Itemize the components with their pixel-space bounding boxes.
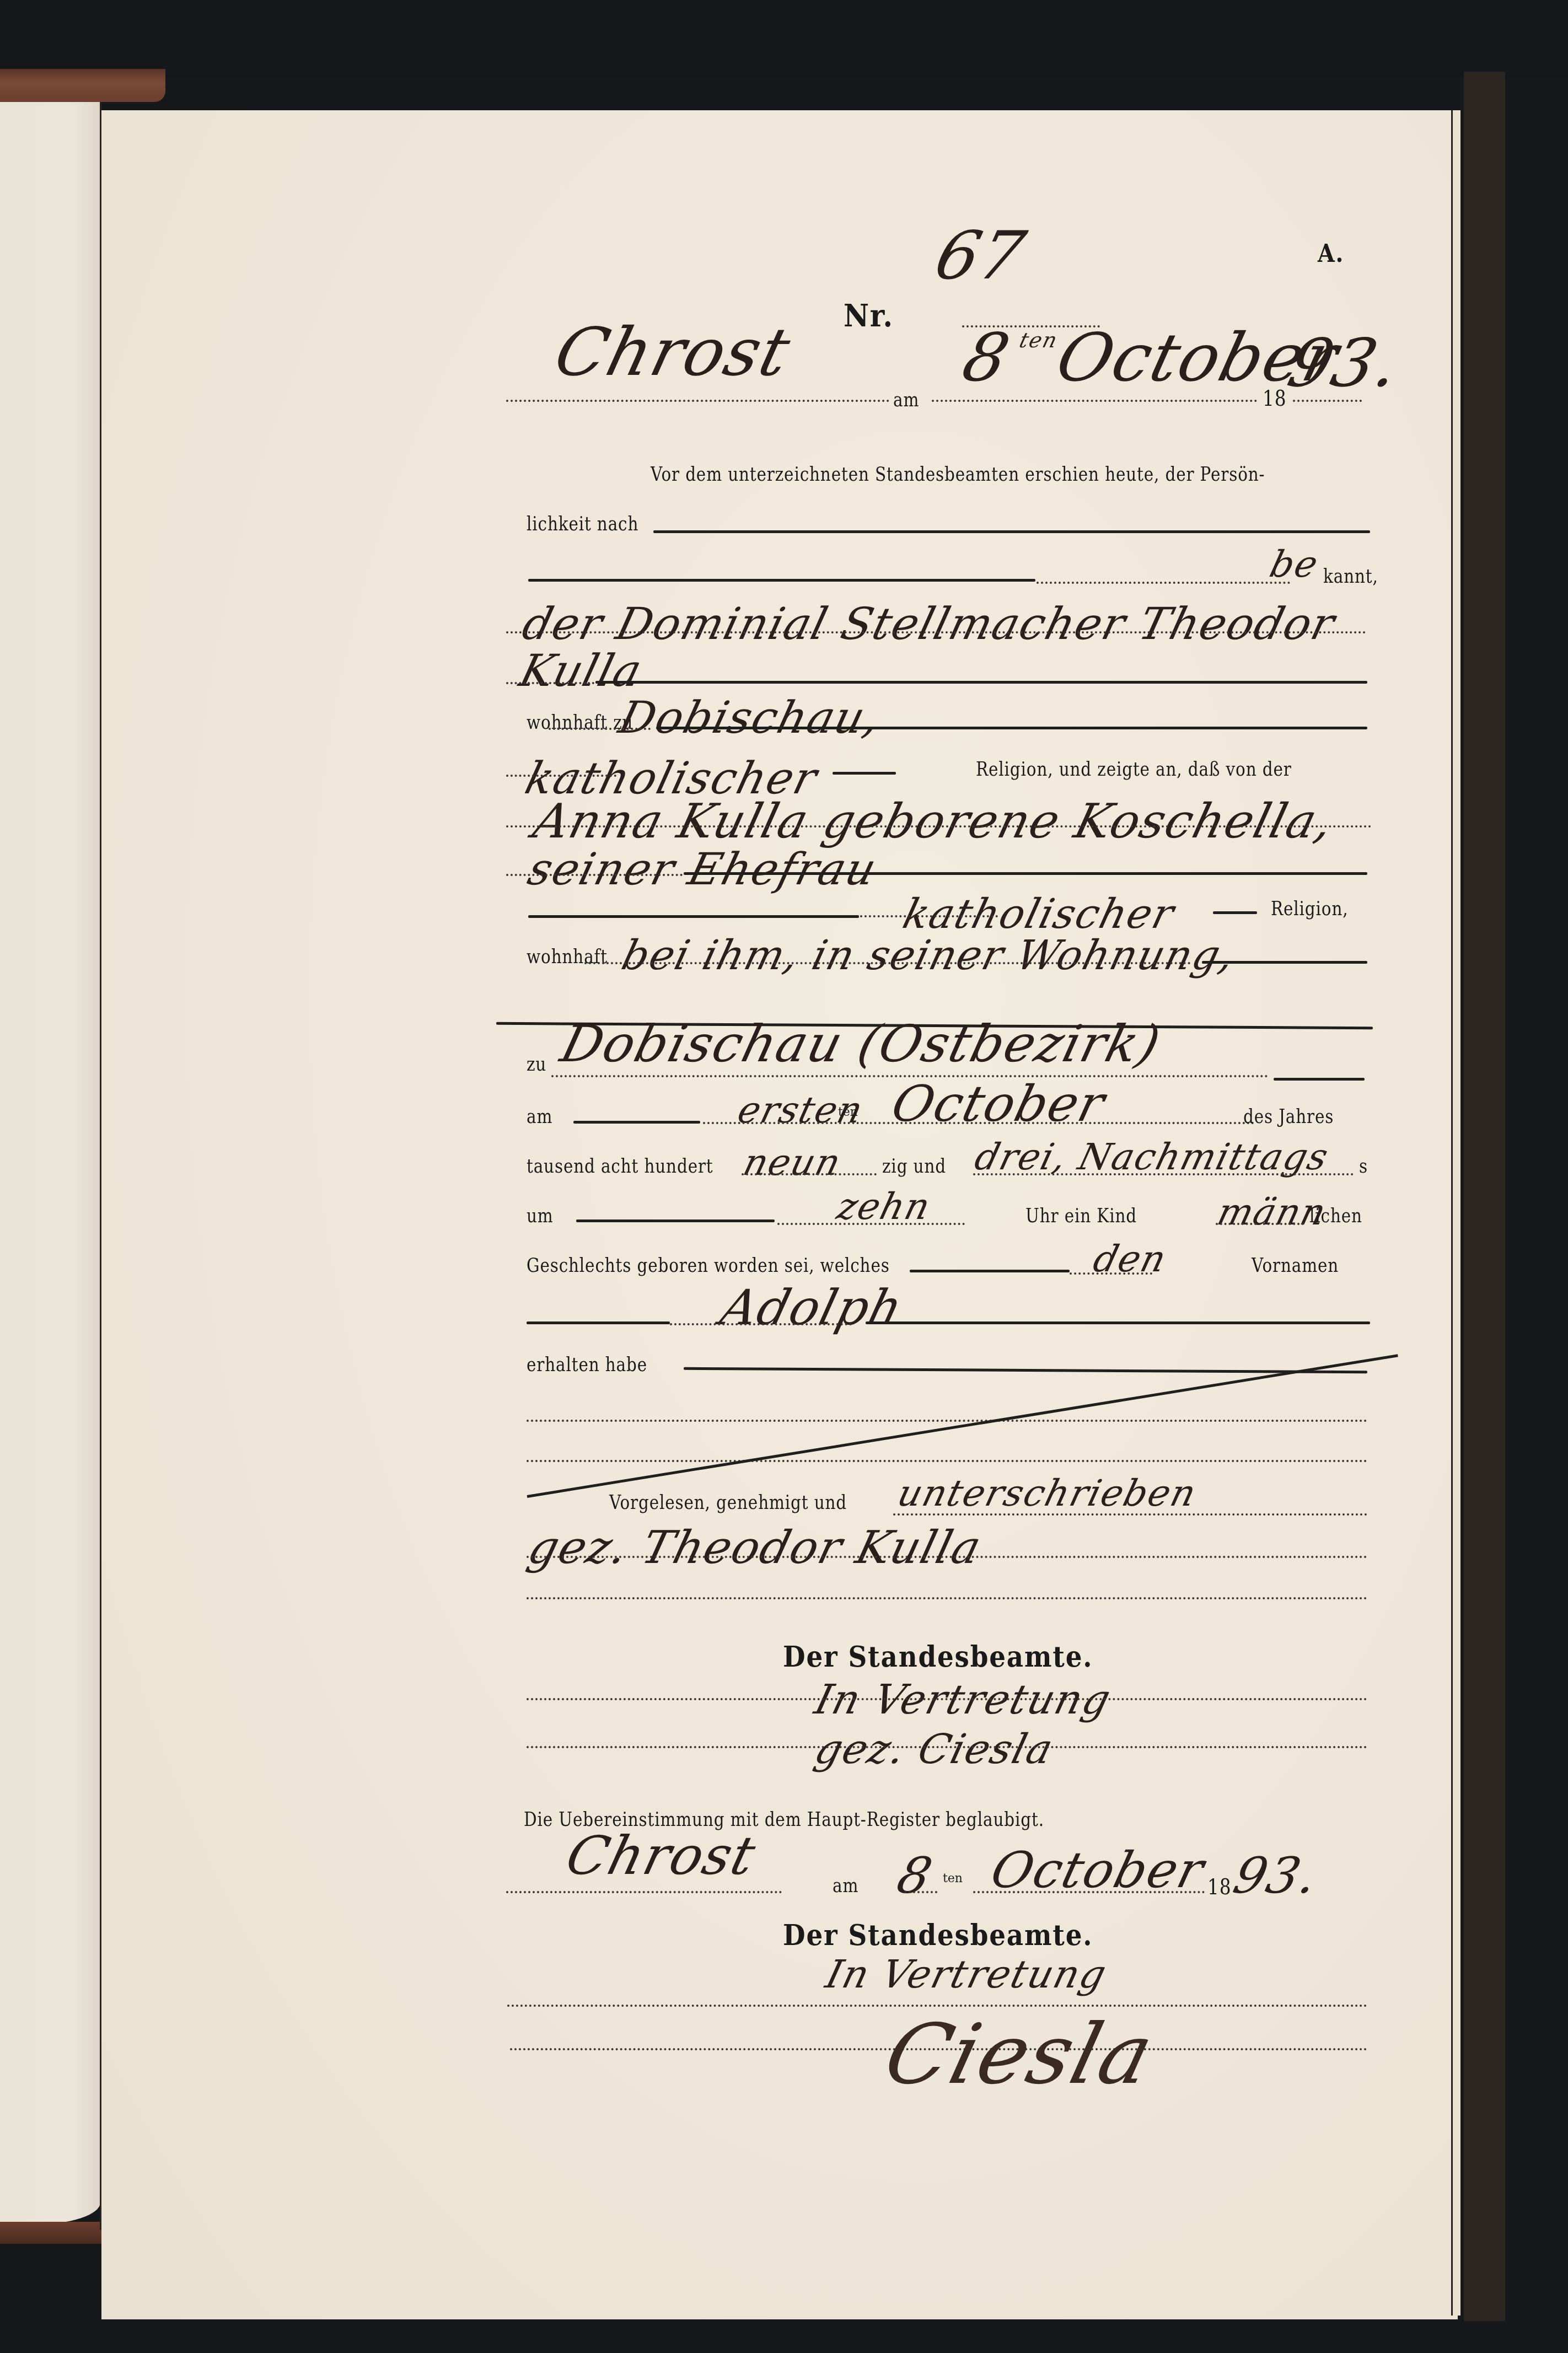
dotline	[506, 874, 683, 876]
cert-year-prefix: 18	[1207, 1874, 1231, 1900]
header-year: 93.	[1281, 325, 1409, 402]
official-line-2: gez. Cieslа	[810, 1726, 1058, 1773]
am-label: am	[527, 1105, 552, 1128]
dotline	[777, 1223, 965, 1225]
informant-residence: Dobischau,	[614, 692, 886, 743]
birth-hour: zehn	[833, 1185, 935, 1228]
child-name: Adolph	[715, 1279, 909, 1336]
rule	[527, 1321, 670, 1324]
rule	[1274, 1078, 1365, 1081]
dotline	[1037, 582, 1290, 584]
rule	[1213, 911, 1257, 914]
page-stack-edge	[1451, 110, 1460, 2316]
zu-label: zu	[527, 1053, 546, 1076]
spine-leather-top	[0, 69, 165, 102]
rule	[573, 1121, 700, 1124]
religion-label: Religion,	[1271, 898, 1348, 920]
official-signature: Cieslа	[876, 2007, 1163, 2103]
cert-day-suffix: ten	[943, 1872, 963, 1885]
vornamen-label: Vornamen	[1252, 1254, 1339, 1277]
cert-year: 93.	[1228, 1847, 1324, 1905]
wohnhaft-label: wohnhaft	[527, 946, 608, 968]
lichen-label: lichen	[1309, 1205, 1362, 1227]
birth-place: Dobischau (Ostbezirk)	[555, 1014, 1167, 1073]
form-letter: A.	[1318, 240, 1344, 268]
dotline	[506, 775, 616, 777]
known-suffix: kannt,	[1323, 565, 1378, 588]
cert-am: am	[833, 1874, 858, 1897]
dotline	[506, 825, 1372, 828]
rule	[910, 1270, 1070, 1272]
rule	[1202, 961, 1367, 964]
rule	[528, 915, 859, 918]
header-am: am	[893, 389, 919, 411]
erhalten-label: erhalten habe	[527, 1353, 647, 1376]
header-day-suffix: ten	[1017, 328, 1061, 352]
mother-religion: katholischer	[898, 890, 1179, 938]
dotline	[893, 1513, 1367, 1516]
vorgelesen-hand: unterschrieben	[893, 1472, 1201, 1514]
geschlechts-label: Geschlechts geboren worden sei, welches	[527, 1254, 890, 1277]
dotline	[506, 682, 594, 684]
rule	[576, 1220, 775, 1222]
dotline	[506, 400, 889, 402]
uhr-label: Uhr ein Kind	[1025, 1205, 1137, 1227]
um-label: um	[527, 1205, 554, 1227]
dotline	[584, 962, 1191, 964]
left-page-edge	[0, 102, 100, 2225]
dotline	[904, 1891, 937, 1893]
zig-und-label: zig und	[882, 1155, 946, 1178]
official-2-line-1: In Vertretung	[821, 1952, 1112, 1997]
dotline	[973, 1891, 1205, 1893]
intro-line-1: Vor dem unterzeichneten Standesbeamten e…	[651, 463, 1265, 486]
birth-day-suffix: ten	[838, 1105, 858, 1119]
dotline	[742, 1173, 877, 1175]
rule	[528, 579, 1035, 582]
dotline	[527, 1556, 1367, 1558]
dotline	[506, 631, 1366, 633]
dotline	[506, 1891, 782, 1893]
dotline	[1216, 1223, 1304, 1225]
dotline	[527, 1698, 1367, 1700]
dotline	[860, 915, 998, 917]
mother-relation: seiner Ehefrau	[523, 844, 882, 895]
year-text-prefix: tausend acht hundert	[527, 1155, 713, 1178]
mother-residence: bei ihm, in seiner Wohnung,	[617, 932, 1240, 979]
year-units: drei, Nachmittags	[970, 1136, 1333, 1178]
header-place: Chrost	[547, 314, 798, 391]
dotline	[973, 1173, 1354, 1175]
rule	[684, 872, 1367, 875]
informant-line-2: Kulla	[514, 645, 648, 696]
dotline	[527, 1460, 1367, 1462]
birth-month: October	[886, 1075, 1111, 1133]
dotline	[670, 1323, 852, 1325]
dotline	[1070, 1272, 1152, 1275]
dotline	[527, 1597, 1367, 1599]
intro-line-2: lichkeit nach	[527, 513, 638, 535]
rule	[833, 772, 896, 775]
book-cover-top	[0, 0, 1568, 77]
number-label: Nr.	[844, 298, 894, 334]
official-title: Der Standesbeamte.	[783, 1640, 1093, 1674]
dotline	[932, 400, 1257, 402]
official-title-2: Der Standesbeamte.	[783, 1919, 1093, 1952]
mother-name: Anna Kulla geborene Koschella,	[528, 794, 1340, 849]
s-label: s	[1359, 1155, 1368, 1178]
year-tens: neun	[739, 1141, 846, 1184]
informant-line-1: der Dominial Stellmacher Theodor	[517, 598, 1340, 649]
rule	[866, 1321, 1370, 1324]
dotline	[549, 728, 651, 730]
dotline	[1293, 400, 1362, 402]
religion-clause: Religion, und zeigte an, daß von der	[976, 758, 1292, 781]
informant-signature: gez. Theodor Kulla	[523, 1522, 987, 1574]
vorgelesen-label: Vorgelesen, genehmigt und	[609, 1491, 847, 1514]
rule	[653, 530, 1370, 533]
dotline	[527, 1746, 1367, 1748]
rule	[595, 681, 1367, 684]
cert-place: Chrost	[560, 1825, 762, 1887]
rule	[656, 727, 1367, 729]
des-jahres-label: des Jahres	[1243, 1105, 1334, 1128]
book-cover-right	[1464, 72, 1505, 2321]
dotline	[527, 1420, 1367, 1422]
dotline	[703, 1122, 1254, 1124]
